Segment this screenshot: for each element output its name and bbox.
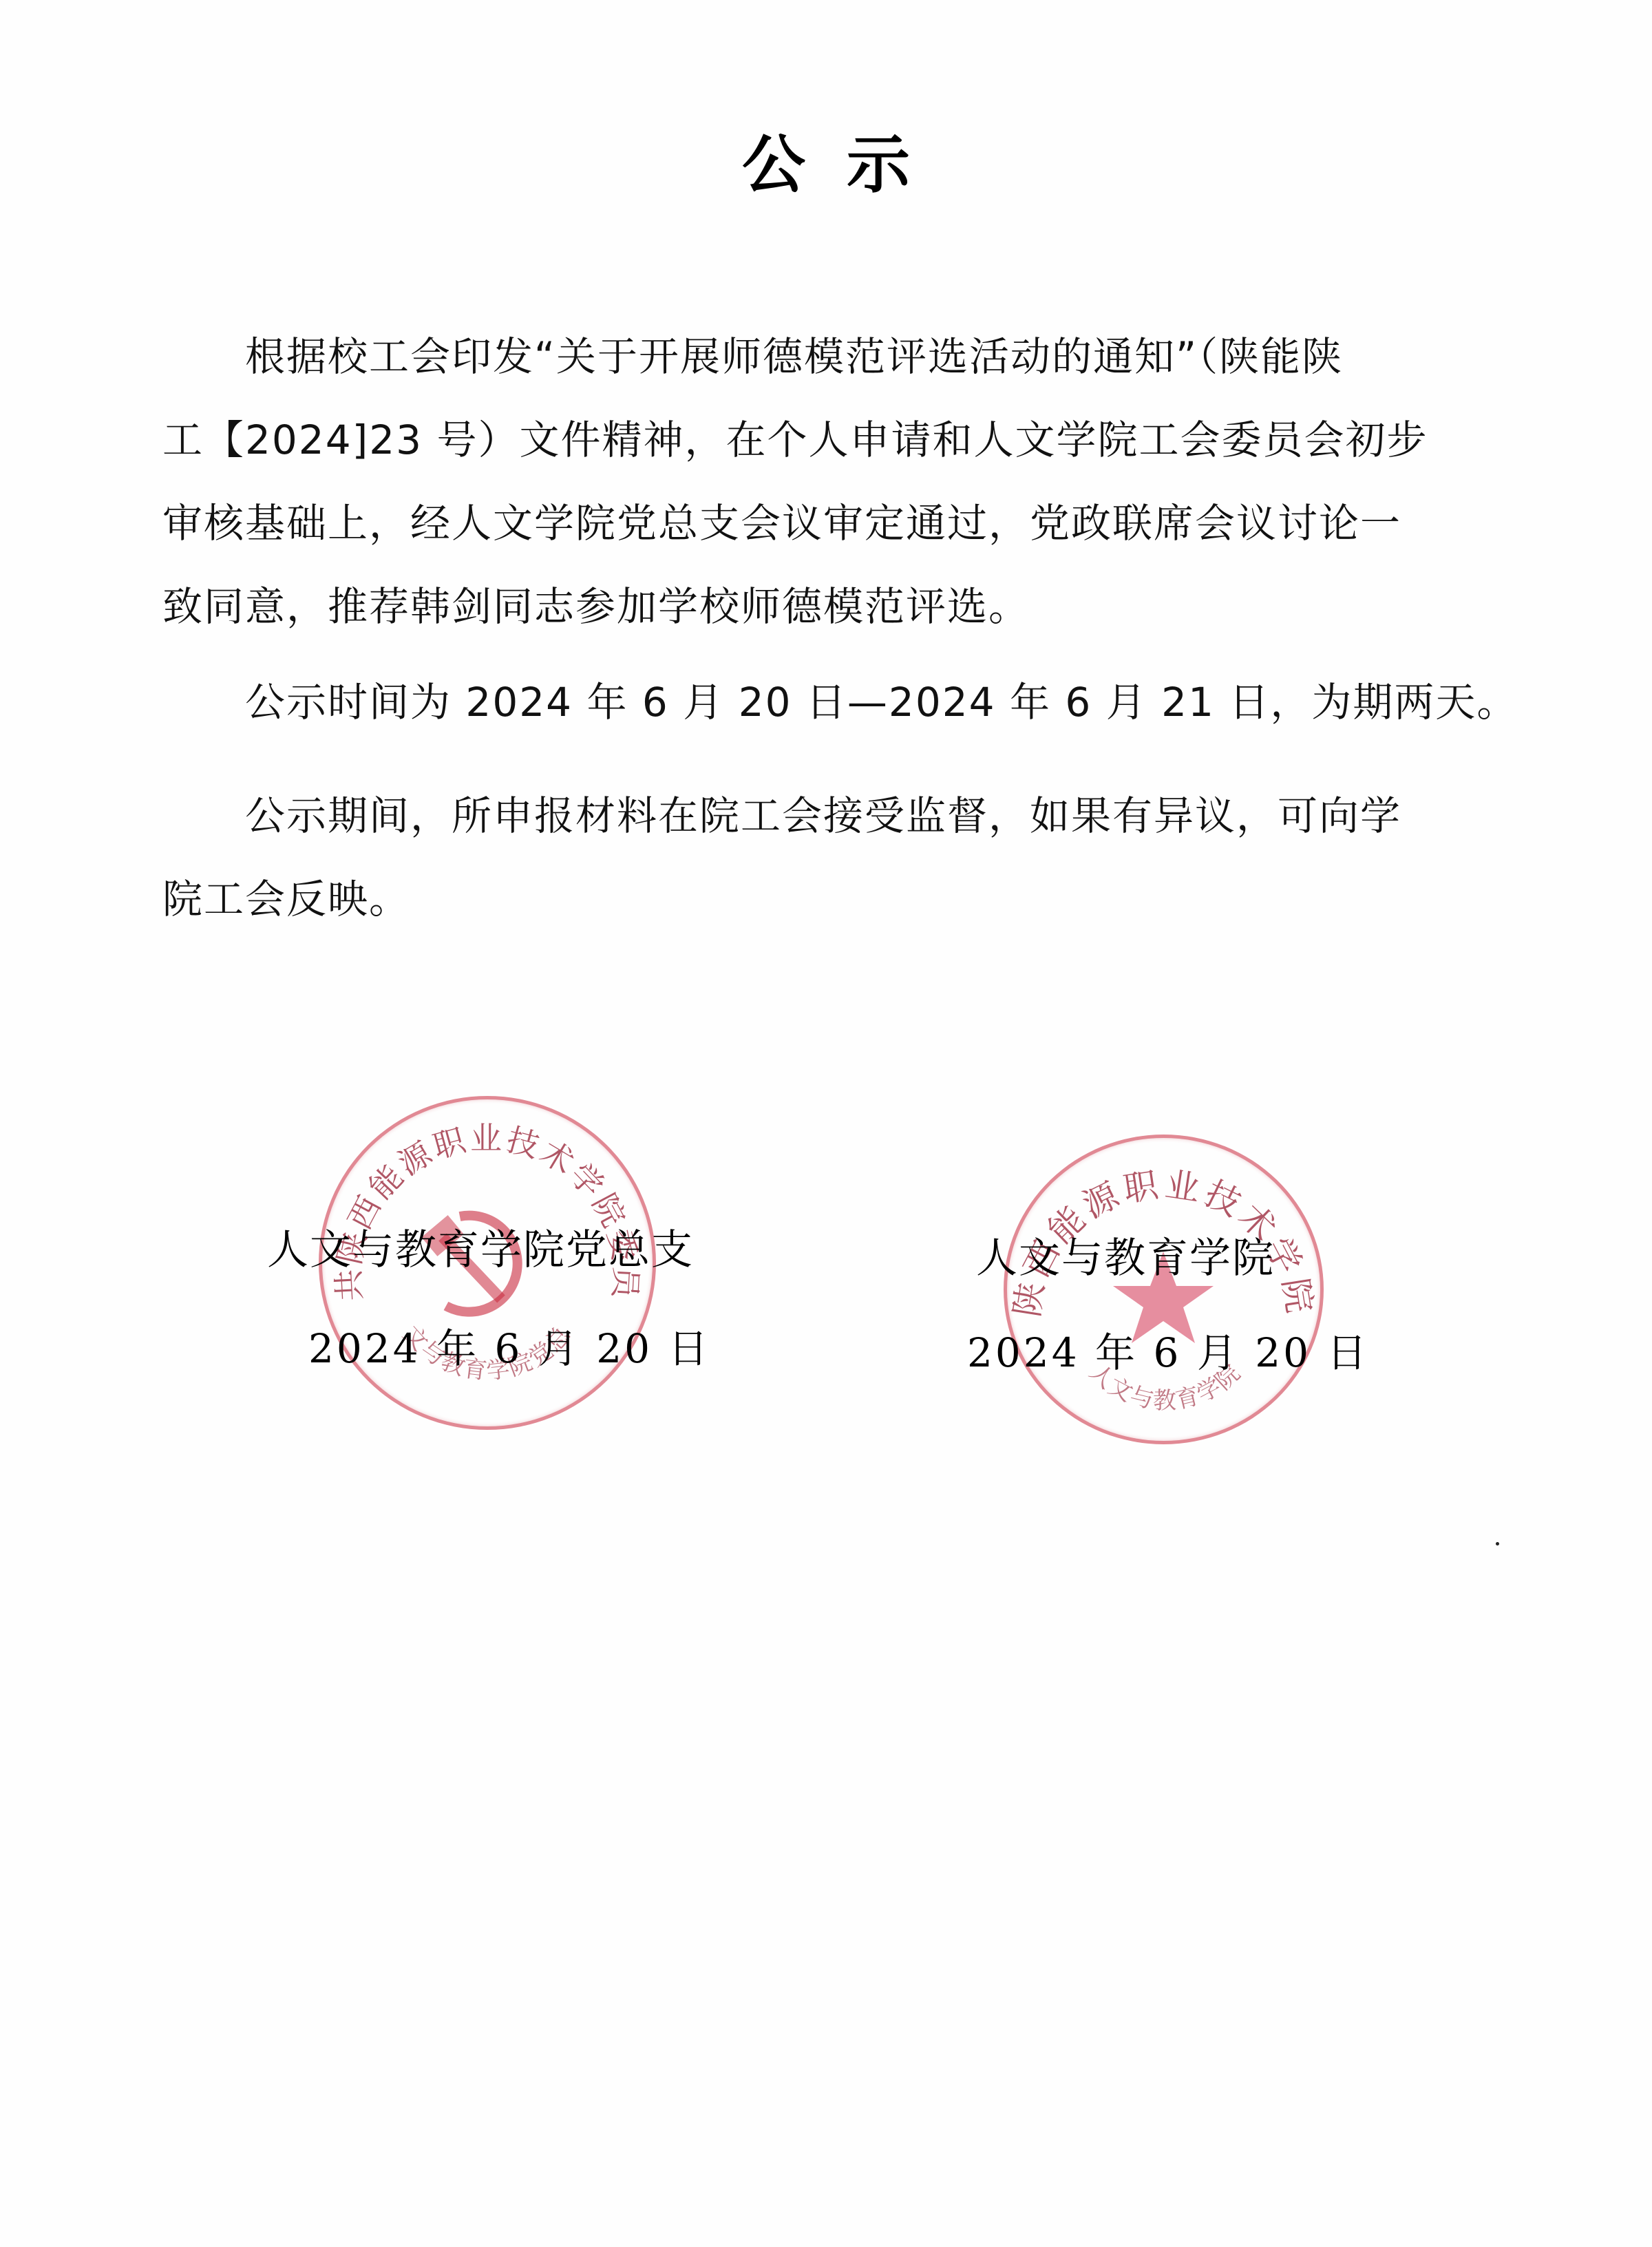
- signature-organization-college: 人文与教育学院: [976, 1225, 1275, 1285]
- paragraph-line: 公示时间为 2024 年 6 月 20 日—2024 年 6 月 21 日，为期…: [162, 661, 1395, 744]
- paragraph-line: 致同意，推荐韩剑同志参加学校师德模范评选。: [162, 565, 1395, 648]
- signature-date-college: 2024 年 6 月 20 日: [967, 1320, 1370, 1378]
- scan-speck: [1496, 1542, 1499, 1546]
- signature-organization-party-branch: 人文与教育学院党总支: [267, 1217, 694, 1276]
- paragraph-line: 根据校工会印发“关于开展师德模范评选活动的通知”（陕能陕: [162, 315, 1395, 399]
- paragraph-objection-notice: 公示期间，所申报材料在院工会接受监督，如果有异议，可向学 院工会反映。: [162, 774, 1395, 941]
- paragraph-line: 工【2024]23 号）文件精神，在个人申请和人文学院工会委员会初步: [162, 399, 1395, 482]
- college-seal: 陕西能源职业技术学院 人文与教育学院: [1004, 1135, 1324, 1444]
- paragraph-line: 审核基础上，经人文学院党总支会议审定通过，党政联席会议讨论一: [162, 482, 1395, 565]
- signature-date-party-branch: 2024 年 6 月 20 日: [308, 1316, 711, 1374]
- paragraph-line: 公示期间，所申报材料在院工会接受监督，如果有异议，可向学: [162, 774, 1395, 858]
- star-icon: 陕西能源职业技术学院 人文与教育学院: [1007, 1138, 1320, 1441]
- paragraph-publicity-period: 公示时间为 2024 年 6 月 20 日—2024 年 6 月 21 日，为期…: [162, 661, 1395, 744]
- paragraph-line: 院工会反映。: [162, 858, 1395, 941]
- document-page: 公示 根据校工会印发“关于开展师德模范评选活动的通知”（陕能陕 工【2024]2…: [0, 0, 1652, 2247]
- paragraph-nomination: 根据校工会印发“关于开展师德模范评选活动的通知”（陕能陕 工【2024]23 号…: [162, 315, 1395, 648]
- page-title: 公示: [0, 127, 1652, 203]
